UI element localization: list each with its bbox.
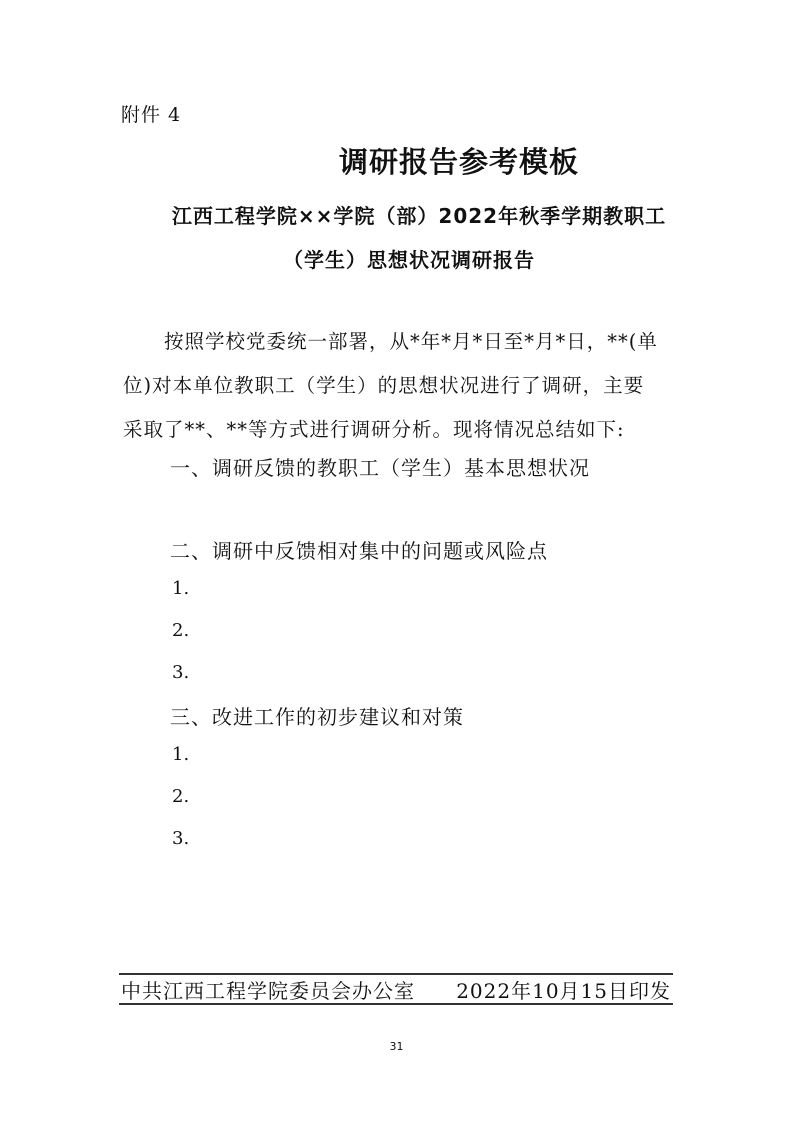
- list-item: 2.: [172, 786, 189, 807]
- list-item: 3.: [172, 662, 189, 683]
- subtitle-line-2: （学生）思想状况调研报告: [0, 244, 793, 273]
- intro-line: 按照学校党委统一部署，从*年*月*日至*月*日，**(单: [123, 320, 671, 364]
- document-title: 调研报告参考模板: [0, 140, 793, 181]
- list-item: 1.: [172, 578, 189, 599]
- subtitle-line-1: 江西工程学院××学院（部）2022年秋季学期教职工: [0, 200, 793, 229]
- intro-paragraph: 按照学校党委统一部署，从*年*月*日至*月*日，**(单 位)对本单位教职工（学…: [123, 320, 671, 452]
- intro-line: 位)对本单位教职工（学生）的思想状况进行了调研，主要: [123, 364, 671, 408]
- attachment-label: 附件 4: [121, 100, 181, 127]
- section-heading-3: 三、改进工作的初步建议和对策: [170, 701, 464, 730]
- section-heading-2: 二、调研中反馈相对集中的问题或风险点: [170, 535, 548, 564]
- section-heading-1: 一、调研反馈的教职工（学生）基本思想状况: [170, 452, 590, 481]
- list-item: 3.: [172, 828, 189, 849]
- footer: 中共江西工程学院委员会办公室 2022年10月15日印发: [121, 975, 671, 1004]
- page-number: 31: [0, 1040, 793, 1053]
- intro-line: 采取了**、**等方式进行调研分析。现将情况总结如下:: [123, 408, 671, 452]
- footer-issuer: 中共江西工程学院委员会办公室: [121, 975, 415, 1004]
- list-item: 2.: [172, 620, 189, 641]
- footer-bottom-rule: [119, 1003, 673, 1005]
- list-item: 1.: [172, 744, 189, 765]
- footer-date: 2022年10月15日印发: [456, 975, 671, 1004]
